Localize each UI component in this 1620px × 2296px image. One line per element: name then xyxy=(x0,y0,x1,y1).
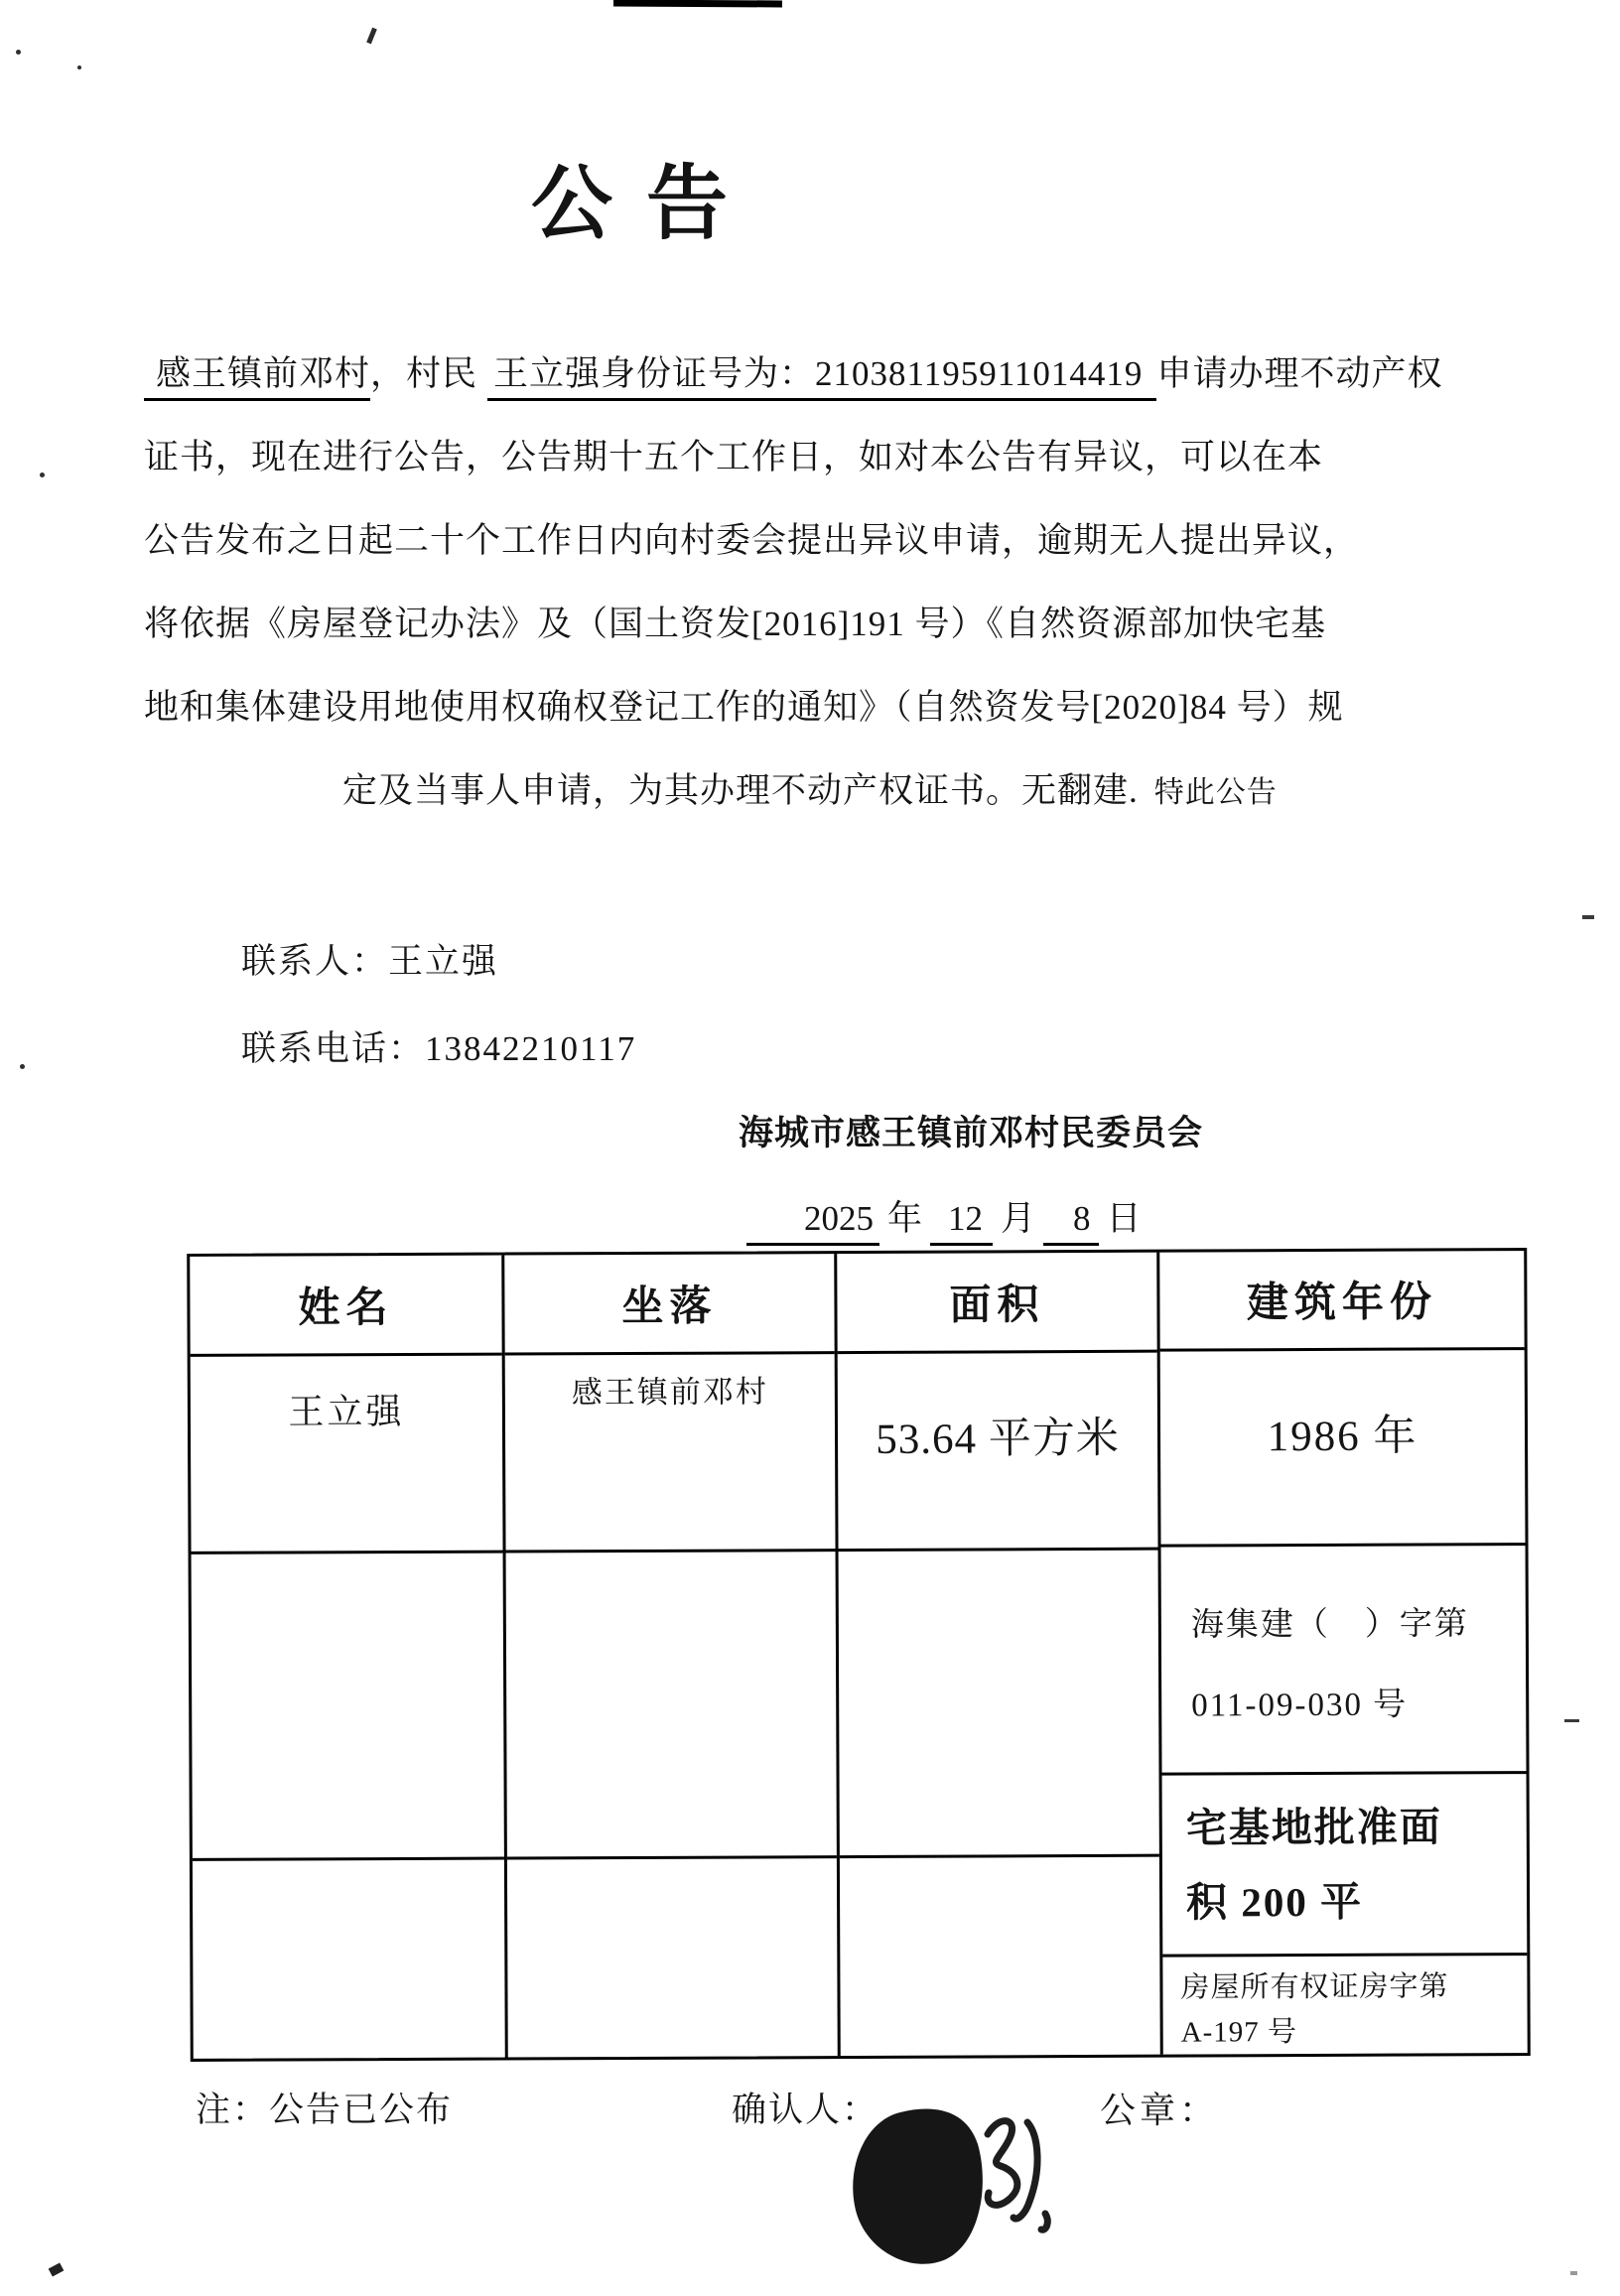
notice-body: 感王镇前邓村，村民王立强身份证号为：210381195911014419申请办理… xyxy=(144,349,1097,850)
ownership-line-2: A-197 号 xyxy=(1181,2008,1524,2051)
signature-scribble xyxy=(839,2073,1117,2286)
header-location: 坐落 xyxy=(504,1254,834,1355)
closing-clause: 定及当事人申请，为其办理不动产权证书。无翻建. xyxy=(342,771,1139,810)
table-column-area: 面积 53.64 平方米 xyxy=(837,1253,1163,2056)
body-line-1: 感王镇前邓村，村民王立强身份证号为：210381195911014419申请办理… xyxy=(144,349,1097,433)
body-line-4: 将依据《房屋登记办法》及（国土资发[2016]191 号）《自然资源部加快宅基 xyxy=(144,600,1097,683)
cell-empty xyxy=(840,1857,1160,2056)
body-line-5: 地和集体建设用地使用权确权登记工作的通知》（自然资发号[2020]84 号）规 xyxy=(144,683,1097,766)
cell-empty xyxy=(839,1551,1159,1858)
cell-location: 感王镇前邓村 xyxy=(505,1354,836,1553)
body-line-2: 证书，现在进行公告，公告期十五个工作日，如对本公告有异议，可以在本 xyxy=(144,433,1097,516)
table-column-build-year: 建筑年份 1986 年 海集建（ ）字第 011-09-030 号 宅基地批准面… xyxy=(1159,1251,1528,2055)
body-line-6: 定及当事人申请，为其办理不动产权证书。无翻建.特此公告 xyxy=(144,766,1097,850)
cell-empty xyxy=(192,1553,504,1861)
cell-owner-name: 王立强 xyxy=(191,1356,503,1554)
scan-artifact-dot xyxy=(20,1064,25,1069)
scan-artifact-dot xyxy=(16,50,21,55)
month-label: 月 xyxy=(1001,1199,1035,1238)
table-column-name: 姓名 王立强 xyxy=(190,1256,508,2059)
hereby-announced: 特此公告 xyxy=(1154,776,1278,809)
year-label: 年 xyxy=(887,1199,922,1238)
cell-empty xyxy=(193,1860,505,2059)
date-line: 2025年12月8日 xyxy=(746,1191,1142,1241)
scan-artifact-tick xyxy=(366,28,377,45)
header-build-year: 建筑年份 xyxy=(1159,1251,1524,1351)
contact-person: 联系人：王立强 xyxy=(241,934,498,984)
table-column-location: 坐落 感王镇前邓村 xyxy=(504,1254,841,2057)
contact-phone: 联系电话：13842210117 xyxy=(241,1021,636,1071)
scan-artifact-dot xyxy=(40,473,45,477)
ownership-line-1: 房屋所有权证房字第 xyxy=(1180,1963,1523,2006)
date-year: 2025 xyxy=(746,1199,879,1246)
scan-artifact-dot xyxy=(77,66,81,69)
cell-homestead-approved-area: 宅基地批准面 积 200 平 xyxy=(1162,1774,1528,1958)
official-seal-label: 公章： xyxy=(1100,2083,1219,2133)
date-month: 12 xyxy=(930,1199,993,1246)
day-label: 日 xyxy=(1107,1199,1142,1238)
cell-empty xyxy=(506,1552,837,1859)
header-name: 姓名 xyxy=(190,1256,501,1357)
scan-artifact-blot xyxy=(1570,2271,1577,2275)
cell-house-ownership-cert: 房屋所有权证房字第 A-197 号 xyxy=(1162,1956,1527,2055)
homestead-line-2: 积 200 平 xyxy=(1186,1868,1521,1928)
date-day: 8 xyxy=(1043,1199,1099,1246)
villager-label: ，村民 xyxy=(370,354,477,393)
property-table: 姓名 王立强 坐落 感王镇前邓村 面积 53.64 平方米 建筑年份 1986 … xyxy=(187,1248,1531,2062)
permit-line-1: 海集建（ ）字第 xyxy=(1191,1597,1516,1645)
committee-name: 海城市感王镇前邓村民委员会 xyxy=(739,1106,1203,1155)
cell-area: 53.64 平方米 xyxy=(838,1353,1158,1552)
cell-empty xyxy=(507,1858,838,2057)
body-line-3: 公告发布之日起二十个工作日内向村委会提出异议申请，逾期无人提出异议， xyxy=(144,516,1097,600)
header-area: 面积 xyxy=(837,1253,1156,1354)
cell-collective-land-permit: 海集建（ ）字第 011-09-030 号 xyxy=(1161,1546,1527,1775)
homestead-line-1: 宅基地批准面 xyxy=(1186,1794,1521,1853)
published-note: 注：公告已公布 xyxy=(196,2083,453,2132)
notice-title: 公告 xyxy=(0,139,1259,255)
scan-artifact-dash xyxy=(1582,915,1594,919)
cell-build-year: 1986 年 xyxy=(1160,1350,1526,1548)
scan-artifact-dash xyxy=(1564,1719,1579,1722)
scanned-notice-page: 公告 感王镇前邓村，村民王立强身份证号为：210381195911014419申… xyxy=(0,0,1620,2296)
permit-line-2: 011-09-030 号 xyxy=(1191,1678,1516,1725)
apply-clause: 申请办理不动产权 xyxy=(1156,354,1442,393)
village-name-underlined: 感王镇前邓村 xyxy=(144,354,370,401)
scan-artifact-top-bar xyxy=(613,0,782,7)
scan-artifact-blot xyxy=(49,2262,65,2276)
id-number-underlined: 王立强身份证号为：210381195911014419 xyxy=(487,354,1156,401)
